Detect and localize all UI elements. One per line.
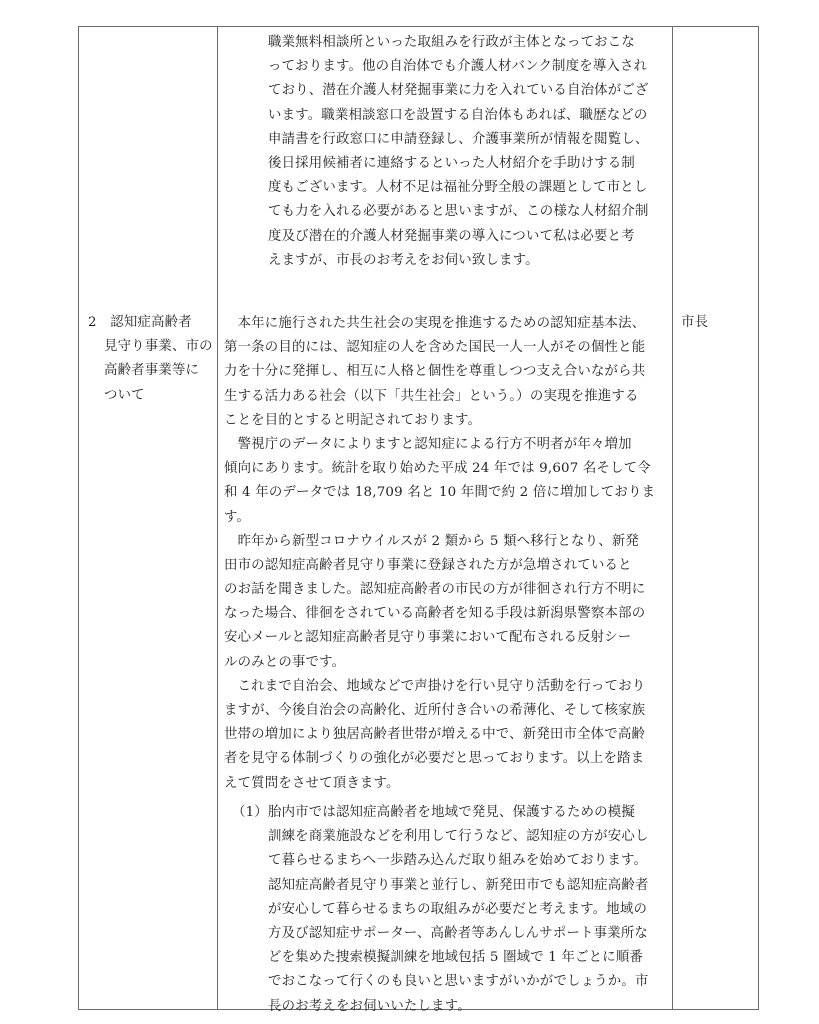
body-line: ことを目的とすると明記されております。 [224, 409, 655, 433]
column-divider-item [217, 27, 218, 1009]
body-line: ルのみとの事です。 [224, 651, 655, 675]
sub-question-line: どを集めた捜索模擬訓練を地域包括 5 圏域で 1 年ごとに順番 [232, 946, 649, 970]
question-body: 本年に施行された共生社会の実現を推進するための認知症基本法、 第一条の目的には、… [224, 312, 655, 796]
body-line: 本年に施行された共生社会の実現を推進するための認知症基本法、 [224, 312, 655, 336]
item-title-line: 見守り事業、市の [88, 335, 213, 359]
body-line: 田市の認知症高齢者見守り事業に登録された方が急増されていると [224, 554, 655, 578]
sub-question-line: 方及び認知症サポーター、高齢者等あんしんサポート事業所な [232, 922, 649, 946]
text-line: ても力を入れる必要があると思いますが、この様な人材紹介制 [268, 200, 649, 224]
body-line: これまで自治会、地域などで声掛けを行い見守り活動を行っており [224, 675, 655, 699]
body-line: なった場合、徘徊をされている高齢者を知る手段は新潟県警察本部の [224, 602, 655, 626]
body-line: 警視庁のデータによりますと認知症による行方不明者が年々増加 [224, 433, 655, 457]
text-line: 度及び潜在的介護人材発掘事業の導入について私は必要と考 [268, 225, 649, 249]
previous-item-continuation: 職業無料相談所といった取組みを行政が主体となっておこな っております。他の自治体… [268, 31, 649, 273]
sub-question-line: 訓練を商業施設などを利用して行うなど、認知症の方が安心し [232, 825, 649, 849]
text-line: えますが、市長のお考えをお伺い致します。 [268, 249, 649, 273]
responder: 市長 [681, 311, 708, 335]
text-line: 後日採用候補者に連絡するといった人材紹介を手助けする制 [268, 152, 649, 176]
body-line: す。 [224, 506, 655, 530]
body-line: ますが、今後自治会の高齢化、近所付き合いの希薄化、そして核家族 [224, 699, 655, 723]
sub-question-line: 長のお考えをお伺いいたします。 [232, 995, 649, 1019]
body-line: 者を見守る体制づくりの強化が必要だと思っております。以上を踏ま [224, 747, 655, 771]
body-line: 生する活力ある社会（以下「共生社会」という。）の実現を推進する [224, 385, 655, 409]
body-line: 安心メールと認知症高齢者見守り事業において配布される反射シー [224, 626, 655, 650]
sub-question-line: が安心して暮らせるまちの取組みが必要だと考えます。地域の [232, 898, 649, 922]
item-title: 2 認知症高齢者 見守り事業、市の 高齢者事業等に ついて [88, 311, 213, 408]
sub-question-number: （1） [232, 801, 268, 825]
sub-question-line: 認知症高齢者見守り事業と並行し、新発田市でも認知症高齢者 [232, 874, 649, 898]
body-line: 力を十分に発揮し、相互に人格と個性を尊重しつつ支え合いながら共 [224, 360, 655, 384]
item-title-line: ついて [88, 384, 213, 408]
body-line: 第一条の目的には、認知症の人を含めた国民一人一人がその個性と能 [224, 336, 655, 360]
sub-question-line: て暮らせるまちへ一歩踏み込んだ取り組みを始めております。 [232, 849, 649, 873]
body-line: 世帯の増加により独居高齢者世帯が増える中で、新発田市全体で高齢 [224, 723, 655, 747]
text-line: っております。他の自治体でも介護人材バンク制度を導入され [268, 55, 649, 79]
body-line: 和 4 年のデータでは 18,709 名と 10 年間で約 2 倍に増加しており… [224, 481, 655, 505]
body-line: えて質問をさせて頂きます。 [224, 772, 655, 796]
column-divider-responder [672, 27, 673, 1009]
sub-question-line: 胎内市では認知症高齢者を地域で発見、保護するための模擬 [268, 805, 635, 820]
sub-question-line: でおこなって行くのも良いと思いますがいかがでしょうか。市 [232, 970, 649, 994]
text-line: 職業無料相談所といった取組みを行政が主体となっておこな [268, 31, 649, 55]
sub-question-first-line: （1）胎内市では認知症高齢者を地域で発見、保護するための模擬 [232, 801, 649, 825]
text-line: 申請書を行政窓口に申請登録し、介護事業所が情報を閲覧し、 [268, 128, 649, 152]
text-line: ており、潜在介護人材発掘事業に力を入れている自治体がござ [268, 79, 649, 103]
item-title-line: 2 認知症高齢者 [88, 311, 213, 335]
item-title-line: 高齢者事業等に [88, 359, 213, 383]
body-line: 昨年から新型コロナウイルスが 2 類から 5 類へ移行となり、新発 [224, 530, 655, 554]
text-line: います。職業相談窓口を設置する自治体もあれば、職歴などの [268, 104, 649, 128]
sub-question-1: （1）胎内市では認知症高齢者を地域で発見、保護するための模擬 訓練を商業施設など… [232, 801, 649, 1019]
text-line: 度もございます。人材不足は福祉分野全般の課題として市とし [268, 176, 649, 200]
body-line: 傾向にあります。統計を取り始めた平成 24 年では 9,607 名そして令 [224, 457, 655, 481]
body-line: のお話を聞きました。認知症高齢者の市民の方が徘徊され行方不明に [224, 578, 655, 602]
